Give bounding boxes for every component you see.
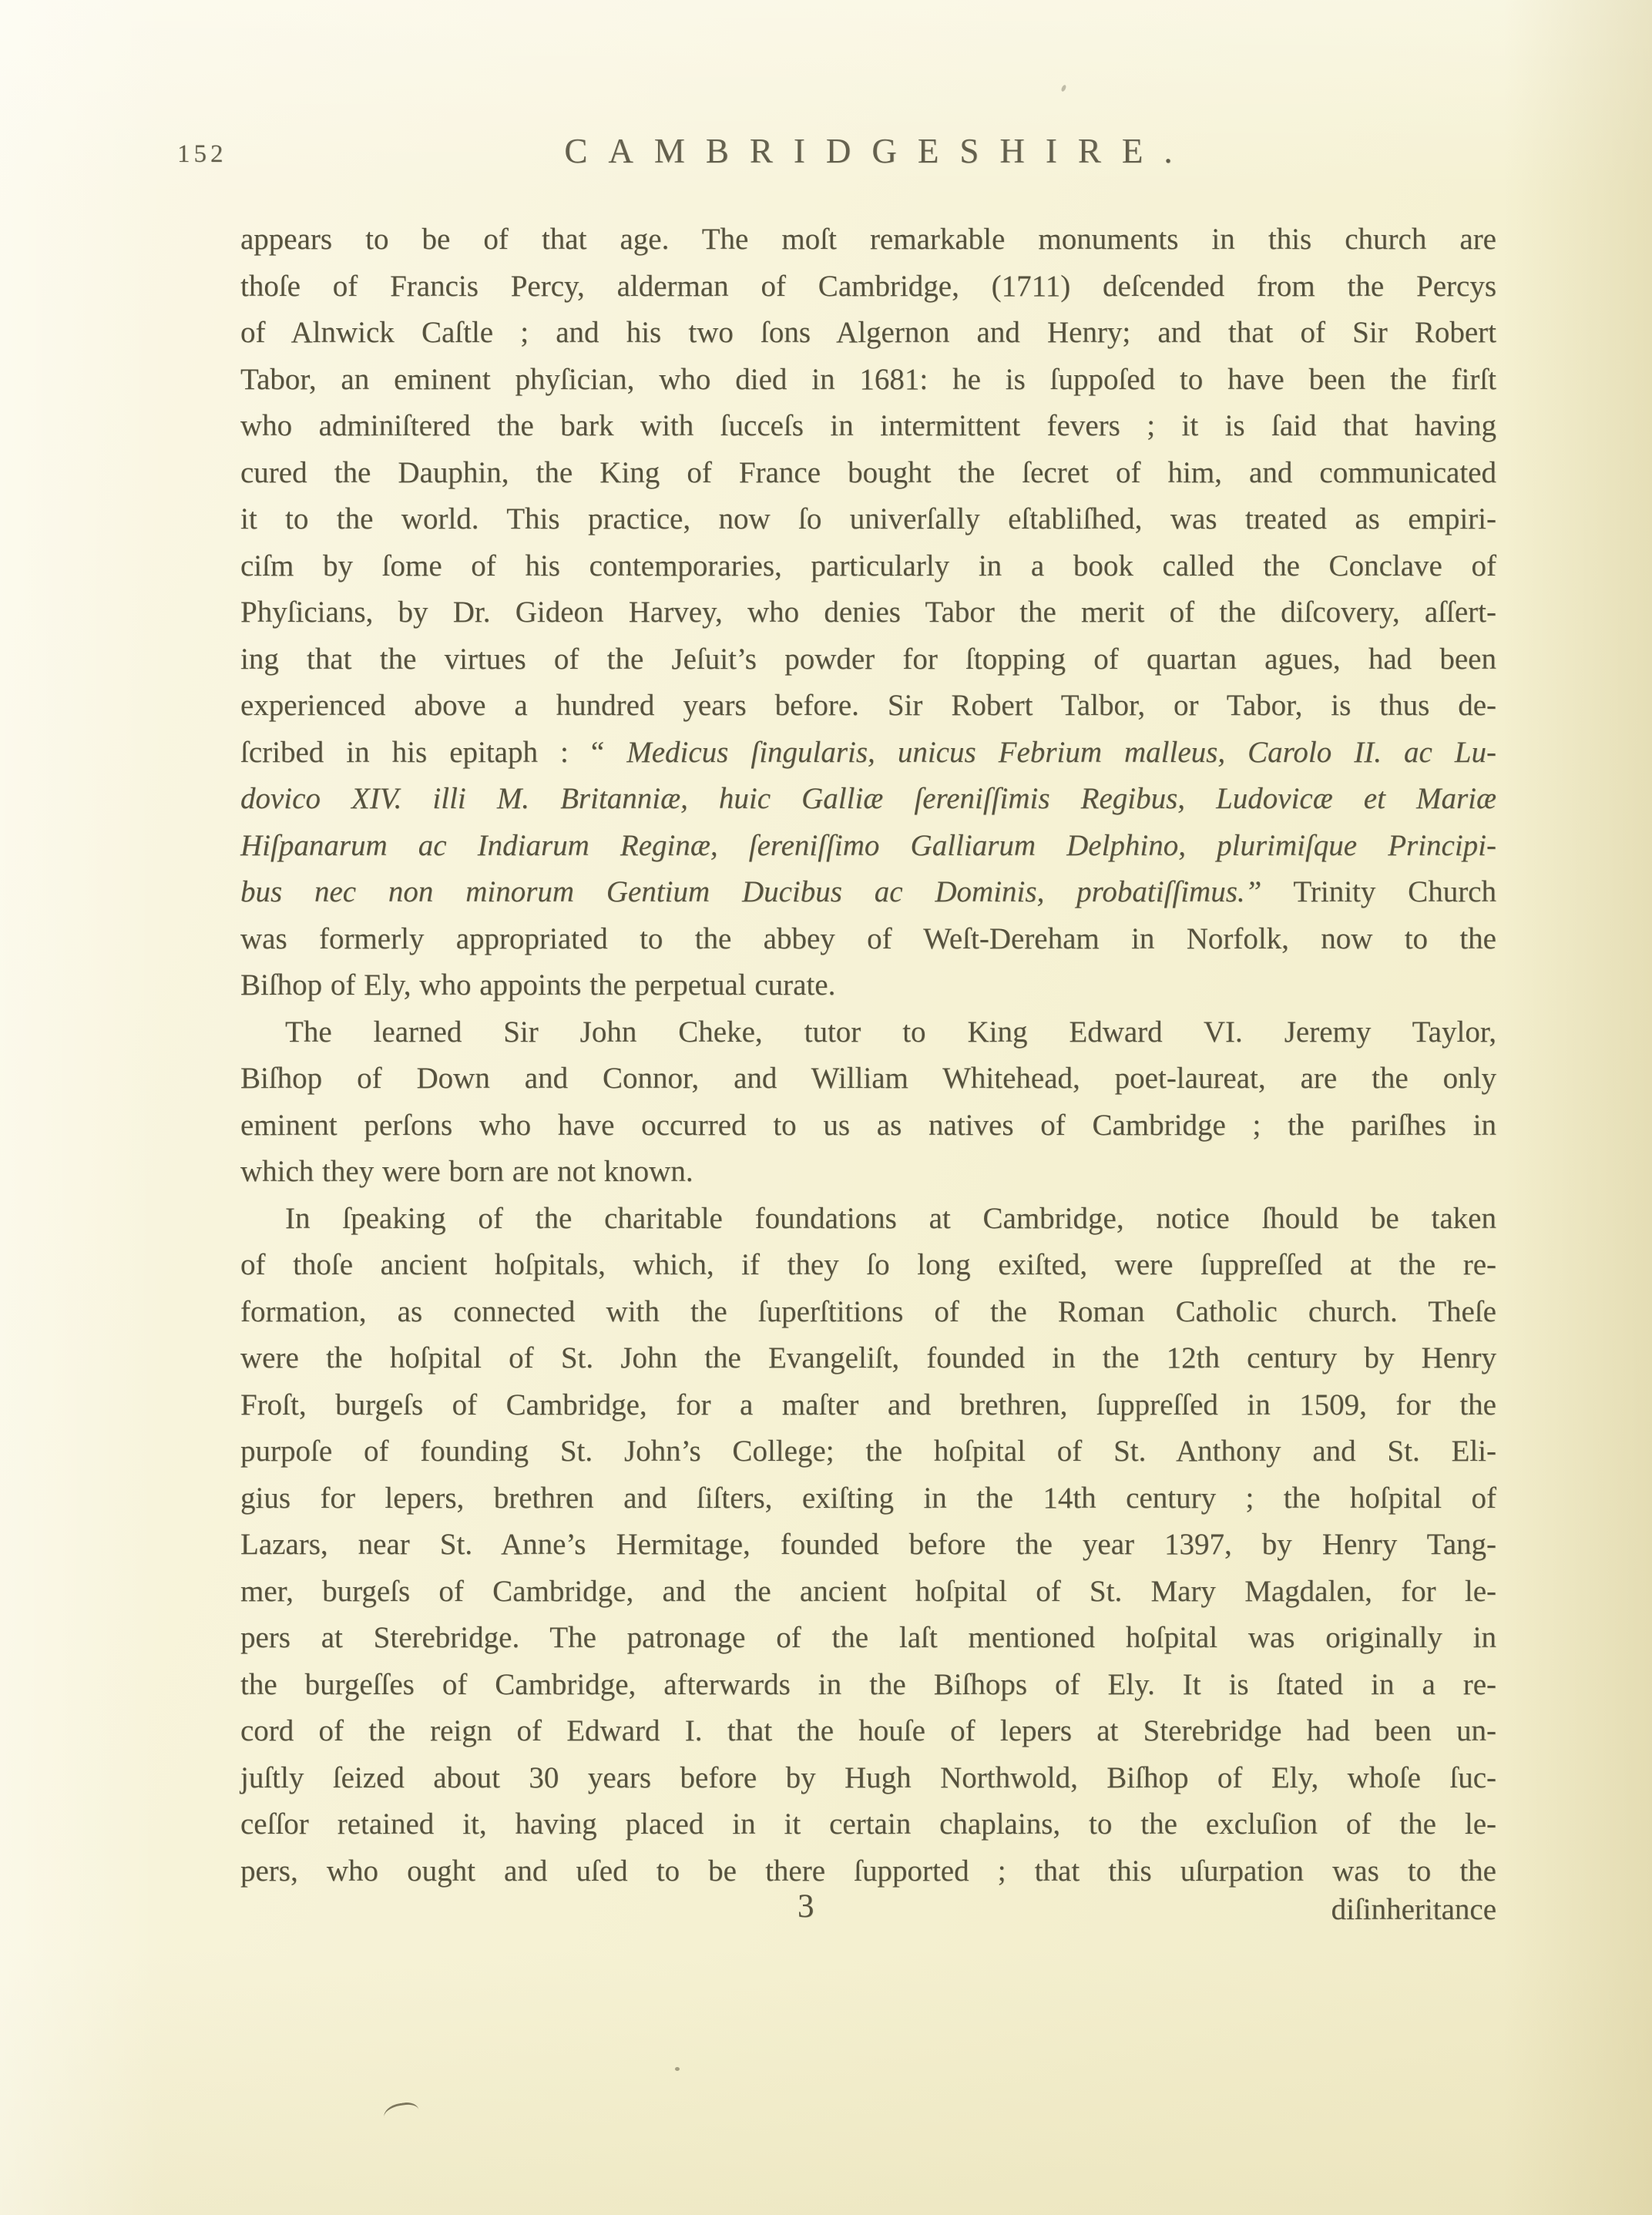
text-segment: Trinity Church [1261,875,1496,908]
paragraph: appears to be of that age. The moſt rema… [240,216,1496,1009]
text-segment: ing that the virtues of the Jeſuit’s pow… [240,643,1496,676]
text-line: dovico XIV. illi M. Britanniæ, huic Gall… [240,776,1496,823]
text-line: which they were born are not known. [240,1149,1496,1196]
text-segment: ciſm by ſome of his contemporaries, part… [240,549,1496,582]
text-line: was formerly appropriated to the abbey o… [240,916,1496,963]
text-line: thoſe of Francis Percy, alderman of Camb… [240,263,1496,310]
text-segment: who adminiſtered the bark with ſucceſs i… [240,409,1496,442]
text-line: ciſm by ſome of his contemporaries, part… [240,543,1496,590]
text-line: were the hoſpital of St. John the Evange… [240,1335,1496,1382]
text-segment: purpoſe of founding St. John’s College; … [240,1435,1496,1468]
running-title: CAMBRIDGESHIRE. [240,131,1496,171]
text-segment: Lazars, near St. Anne’s Hermitage, found… [240,1528,1496,1561]
italic-text-segment: dovico XIV. illi M. Britanniæ, huic Gall… [240,782,1496,815]
text-line: bus nec non minorum Gentium Ducibus ac D… [240,869,1496,916]
text-segment: thoſe of Francis Percy, alderman of Camb… [240,270,1496,303]
catchword: diſinheritance [1331,1892,1496,1927]
text-segment: Phyſicians, by Dr. Gideon Harvey, who de… [240,596,1496,629]
text-line: eminent perſons who have occurred to us … [240,1102,1496,1149]
italic-text-segment: Medicus ſingularis, unicus Febrium malle… [626,736,1496,769]
italic-text-segment: bus nec non minorum Gentium Ducibus ac D… [240,875,1261,908]
text-line: Tabor, an eminent phyſician, who died in… [240,357,1496,404]
text-line: The learned Sir John Cheke, tutor to Kin… [240,1009,1496,1056]
text-line: of thoſe ancient hoſpitals, which, if th… [240,1242,1496,1289]
text-segment: Tabor, an eminent phyſician, who died in… [240,363,1496,396]
text-line: it to the world. This practice, now ſo u… [240,496,1496,543]
text-line: gius for lepers, brethren and ſiſters, e… [240,1475,1496,1522]
signature-mark: 3 [797,1888,814,1925]
text-segment: Froſt, burgeſs of Cambridge, for a maſte… [240,1388,1496,1421]
paragraph: In ſpeaking of the charitable foundation… [240,1196,1496,1895]
text-segment: cured the Dauphin, the King of France bo… [240,456,1496,489]
book-page-scan: 152 CAMBRIDGESHIRE. appears to be of tha… [0,0,1652,2215]
text-segment: mer, burgeſs of Cambridge, and the ancie… [240,1575,1496,1608]
text-segment: the burgeſſes of Cambridge, afterwards i… [240,1668,1496,1701]
text-line: In ſpeaking of the charitable foundation… [240,1196,1496,1243]
text-segment: eminent perſons who have occurred to us … [240,1109,1496,1142]
text-segment: pers at Sterebridge. The patronage of th… [240,1621,1496,1654]
text-segment: of thoſe ancient hoſpitals, which, if th… [240,1248,1496,1281]
ink-speck [1061,84,1067,92]
text-line: Biſhop of Down and Connor, and William W… [240,1055,1496,1102]
text-line: who adminiſtered the bark with ſucceſs i… [240,403,1496,450]
text-segment: Biſhop of Ely, who appoints the perpetua… [240,968,835,1002]
paragraph: The learned Sir John Cheke, tutor to Kin… [240,1009,1496,1196]
page-footer: 3 diſinheritance [240,1886,1496,1948]
text-line: Phyſicians, by Dr. Gideon Harvey, who de… [240,589,1496,636]
text-line: ceſſor retained it, having placed in it … [240,1801,1496,1848]
text-segment: formation, as connected with the ſuperſt… [240,1295,1496,1328]
text-line: Hiſpanarum ac Indiarum Reginæ, ſereniſſi… [240,823,1496,870]
text-segment: it to the world. This practice, now ſo u… [240,502,1496,535]
ink-squiggle-mark [382,2100,419,2117]
text-line: of Alnwick Caſtle ; and his two ſons Alg… [240,310,1496,357]
text-line: juſtly ſeized about 30 years before by H… [240,1755,1496,1802]
text-line: Biſhop of Ely, who appoints the perpetua… [240,962,1496,1009]
text-segment: pers, who ought and uſed to be there ſup… [240,1854,1496,1888]
text-segment: was formerly appropriated to the abbey o… [240,922,1496,955]
page-number: 152 [177,140,227,169]
text-segment: gius for lepers, brethren and ſiſters, e… [240,1482,1496,1515]
page-header: 152 CAMBRIDGESHIRE. [240,131,1496,185]
ink-speck [675,2067,680,2071]
page-text: appears to be of that age. The moſt rema… [240,216,1496,1894]
text-line: mer, burgeſs of Cambridge, and the ancie… [240,1569,1496,1616]
text-line: experienced above a hundred years before… [240,683,1496,730]
text-segment: In ſpeaking of the charitable foundation… [285,1202,1496,1235]
text-line: cord of the reign of Edward I. that the … [240,1708,1496,1755]
text-segment: which they were born are not known. [240,1155,693,1188]
text-segment: Biſhop of Down and Connor, and William W… [240,1062,1496,1095]
text-line: ſcribed in his epitaph : “ Medicus ſingu… [240,730,1496,777]
text-line: Froſt, burgeſs of Cambridge, for a maſte… [240,1382,1496,1429]
text-segment: The learned Sir John Cheke, tutor to Kin… [285,1015,1496,1049]
text-line: purpoſe of founding St. John’s College; … [240,1428,1496,1475]
text-segment: experienced above a hundred years before… [240,689,1496,722]
text-line: formation, as connected with the ſuperſt… [240,1289,1496,1336]
text-segment: of Alnwick Caſtle ; and his two ſons Alg… [240,316,1496,349]
text-segment: were the hoſpital of St. John the Evange… [240,1341,1496,1374]
italic-text-segment: Hiſpanarum ac Indiarum Reginæ, ſereniſſi… [240,829,1496,862]
text-line: the burgeſſes of Cambridge, afterwards i… [240,1662,1496,1709]
text-segment: ceſſor retained it, having placed in it … [240,1807,1496,1841]
text-segment: cord of the reign of Edward I. that the … [240,1714,1496,1747]
text-segment: appears to be of that age. The moſt rema… [240,223,1496,256]
text-line: ing that the virtues of the Jeſuit’s pow… [240,636,1496,683]
text-line: Lazars, near St. Anne’s Hermitage, found… [240,1522,1496,1569]
text-segment: ſcribed in his epitaph : “ [240,736,626,769]
text-line: appears to be of that age. The moſt rema… [240,216,1496,263]
text-line: cured the Dauphin, the King of France bo… [240,450,1496,497]
text-segment: juſtly ſeized about 30 years before by H… [240,1761,1496,1794]
text-line: pers at Sterebridge. The patronage of th… [240,1615,1496,1662]
